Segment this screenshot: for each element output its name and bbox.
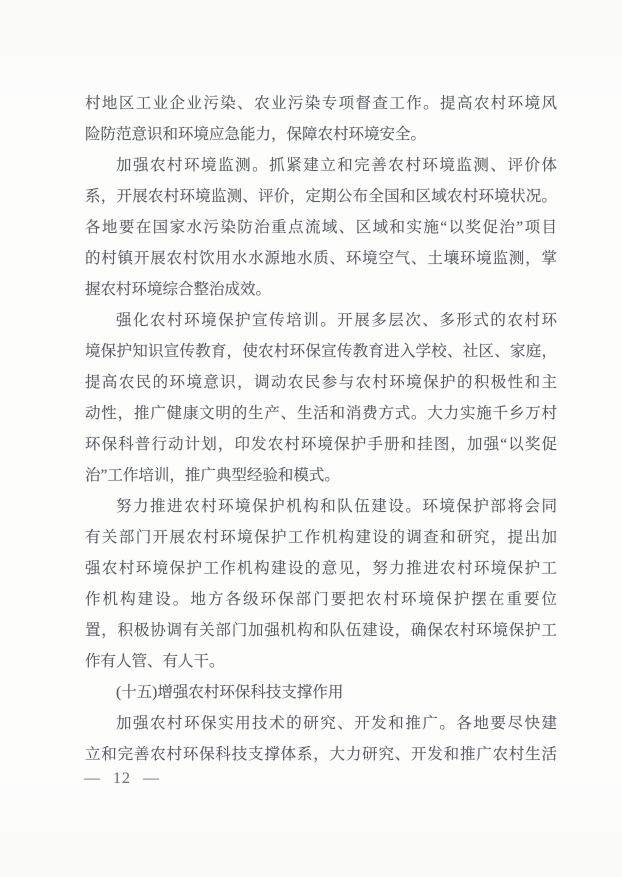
- paragraph: 加强农村环境监测。抓紧建立和完善农村环境监测、评价体系，开展农村环境监测、评价，…: [85, 150, 557, 305]
- text-line: 强化农村环境保护宣传培训。开展多层次、多形式的农村环: [85, 305, 557, 336]
- text-line: 加强农村环境监测。抓紧建立和完善农村环境监测、评价体: [85, 150, 557, 181]
- section-heading: (十五)增强农村环保科技支撑作用: [85, 677, 557, 708]
- text-line: 作机构建设。地方各级环保部门要把农村环境保护摆在重要位: [85, 584, 557, 615]
- text-line: 动性，推广健康文明的生产、生活和消费方式。大力实施千乡万村: [85, 398, 557, 429]
- text-line: 的村镇开展农村饮用水水源地水质、环境空气、土壤环境监测，掌: [85, 243, 557, 274]
- text-line: 环保科普行动计划，印发农村环境保护手册和挂图，加强“以奖促: [85, 429, 557, 460]
- text-line: (十五)增强农村环保科技支撑作用: [85, 677, 557, 708]
- text-line: 村地区工业企业污染、农业污染专项督查工作。提高农村环境风: [85, 88, 557, 119]
- text-line: 加强农村环保实用技术的研究、开发和推广。各地要尽快建: [85, 708, 557, 739]
- paragraph: 村地区工业企业污染、农业污染专项督查工作。提高农村环境风险防范意识和环境应急能力…: [85, 88, 557, 150]
- text-line: 努力推进农村环境保护机构和队伍建设。环境保护部将会同: [85, 491, 557, 522]
- text-line: 治”工作培训，推广典型经验和模式。: [85, 460, 557, 491]
- text-line: 险防范意识和环境应急能力，保障农村环境安全。: [85, 119, 557, 150]
- text-line: 境保护知识宣传教育，使农村环保宣传教育进入学校、社区、家庭，: [85, 336, 557, 367]
- text-line: 系，开展农村环境监测、评价，定期公布全国和区域农村环境状况。: [85, 181, 557, 212]
- paragraph: 强化农村环境保护宣传培训。开展多层次、多形式的农村环境保护知识宣传教育，使农村环…: [85, 305, 557, 491]
- text-block: 村地区工业企业污染、农业污染专项督查工作。提高农村环境风险防范意识和环境应急能力…: [85, 88, 557, 770]
- paragraph: 努力推进农村环境保护机构和队伍建设。环境保护部将会同有关部门开展农村环境保护工作…: [85, 491, 557, 677]
- text-line: 强农村环境保护工作机构建设的意见，努力推进农村环境保护工: [85, 553, 557, 584]
- page-number: — 12 —: [84, 766, 160, 792]
- text-line: 作有人管、有人干。: [85, 646, 557, 677]
- scanned-document-page: 村地区工业企业污染、农业污染专项督查工作。提高农村环境风险防范意识和环境应急能力…: [0, 0, 622, 877]
- text-line: 握农村环境综合整治成效。: [85, 274, 557, 305]
- text-line: 置，积极协调有关部门加强机构和队伍建设，确保农村环境保护工: [85, 615, 557, 646]
- paragraph: 加强农村环保实用技术的研究、开发和推广。各地要尽快建立和完善农村环保科技支撑体系…: [85, 708, 557, 770]
- text-line: 提高农民的环境意识，调动农民参与农村环境保护的积极性和主: [85, 367, 557, 398]
- text-line: 各地要在国家水污染防治重点流域、区域和实施“以奖促治”项目: [85, 212, 557, 243]
- text-line: 有关部门开展农村环境保护工作机构建设的调查和研究，提出加: [85, 522, 557, 553]
